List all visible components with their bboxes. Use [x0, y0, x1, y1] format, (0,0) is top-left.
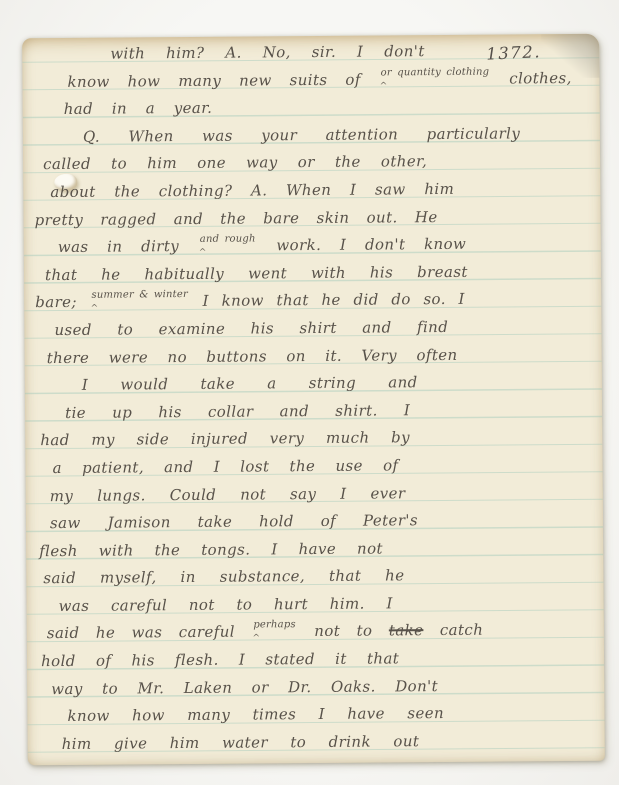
manuscript-lines: with him? A. No, sir. I don't know how m…	[22, 37, 595, 761]
text-segment: called to him one way or the other,	[43, 152, 427, 173]
text-segment: there were no buttons on it. Very often	[47, 345, 458, 366]
manuscript-line: said myself, in substance, that he	[43, 561, 593, 593]
manuscript-line: pretty ragged and the bare skin out. He	[34, 202, 590, 234]
manuscript-line: flesh with the tongs. I have not	[39, 533, 593, 565]
scan-background: 1372. with him? A. No, sir. I don't know…	[0, 0, 619, 785]
text-segment: pretty ragged and the bare skin out. He	[35, 208, 438, 229]
manuscript-line: I would take a string and	[82, 368, 592, 400]
manuscript-line: bare; summer & winter I know that he did…	[35, 285, 591, 317]
text-segment: clothes, he	[509, 68, 595, 87]
text-segment: was in dirty	[58, 237, 179, 256]
text-segment: had in a year.	[64, 99, 213, 118]
manuscript-line: him give him water to drink out	[62, 727, 595, 759]
manuscript-line: Q. When was your attention particularly	[83, 120, 590, 152]
manuscript-line: that he habitually went with his breast	[45, 258, 591, 290]
text-segment: I would take a string and	[82, 373, 418, 394]
text-segment: a patient, and I lost the use of	[52, 456, 398, 477]
manuscript-line: called to him one way or the other,	[43, 147, 590, 179]
text-segment: know how many times I have seen	[67, 704, 444, 725]
text-segment: know how many new suits of	[67, 70, 360, 90]
text-segment: way to Mr. Laken or Dr. Oaks. Don't	[51, 677, 438, 698]
text-segment: bare;	[35, 293, 77, 311]
text-segment: used to examine his shirt and find	[54, 318, 448, 339]
manuscript-page: 1372. with him? A. No, sir. I don't know…	[22, 34, 605, 766]
manuscript-line: with him? A. No, sir. I don't	[110, 37, 589, 68]
manuscript-line: way to Mr. Laken or Dr. Oaks. Don't	[51, 671, 594, 703]
text-segment: hold of his flesh. I stated it that	[41, 649, 399, 670]
manuscript-line: was in dirty and rough work. I don't kno…	[58, 230, 591, 262]
text-segment: Q. When was your attention particularly	[83, 124, 520, 145]
text-segment: said he was careful	[47, 623, 235, 642]
text-segment: I know that he did do so. I	[203, 290, 465, 310]
manuscript-line: tie up his collar and shirt. I	[65, 396, 592, 428]
text-segment: was careful not to hurt him. I	[59, 594, 393, 615]
manuscript-line: hold of his flesh. I stated it that	[41, 644, 594, 676]
text-segment: with him? A. No, sir. I don't	[110, 42, 425, 62]
manuscript-line: know how many times I have seen	[67, 699, 594, 731]
text-segment: tie up his collar and shirt. I	[65, 401, 410, 422]
manuscript-line: a patient, and I lost the use of	[52, 451, 592, 483]
manuscript-line: had my side injured very much by	[40, 423, 592, 455]
text-segment: had my side injured very much by	[40, 429, 410, 450]
manuscript-line: about the clothing? A. When I saw him	[50, 175, 590, 207]
text-segment: him give him water to drink out	[62, 732, 420, 753]
insertion-text: perhaps	[253, 621, 296, 631]
text-segment: not to	[314, 622, 372, 640]
struck-text: take	[389, 622, 424, 640]
manuscript-line: said he was careful perhaps not to take …	[47, 616, 594, 648]
text-segment: flesh with the tongs. I have not	[39, 539, 383, 560]
manuscript-line: know how many new suits of or quantity c…	[67, 64, 589, 96]
text-segment: said myself, in substance, that he	[43, 567, 404, 588]
insertion-text: or quantity clothing	[381, 67, 490, 78]
text-segment: my lungs. Could not say I ever	[50, 484, 406, 505]
text-segment: saw Jamison take hold of Peter's	[50, 511, 418, 532]
manuscript-line: there were no buttons on it. Very often	[47, 340, 592, 372]
manuscript-line: was careful not to hurt him. I	[59, 589, 594, 621]
manuscript-line: had in a year.	[64, 92, 590, 124]
text-segment: catch	[440, 621, 484, 639]
manuscript-line: saw Jamison take hold of Peter's	[50, 506, 593, 538]
manuscript-line: used to examine his shirt and find	[54, 313, 591, 345]
insertion-text: and rough	[200, 235, 256, 245]
insertion-text: summer & winter	[91, 290, 187, 301]
text-segment: that he habitually went with his breast	[45, 263, 468, 284]
text-segment: work. I don't know	[276, 235, 466, 254]
text-segment: about the clothing? A. When I saw him	[50, 180, 454, 201]
manuscript-line: my lungs. Could not say I ever	[50, 478, 593, 510]
